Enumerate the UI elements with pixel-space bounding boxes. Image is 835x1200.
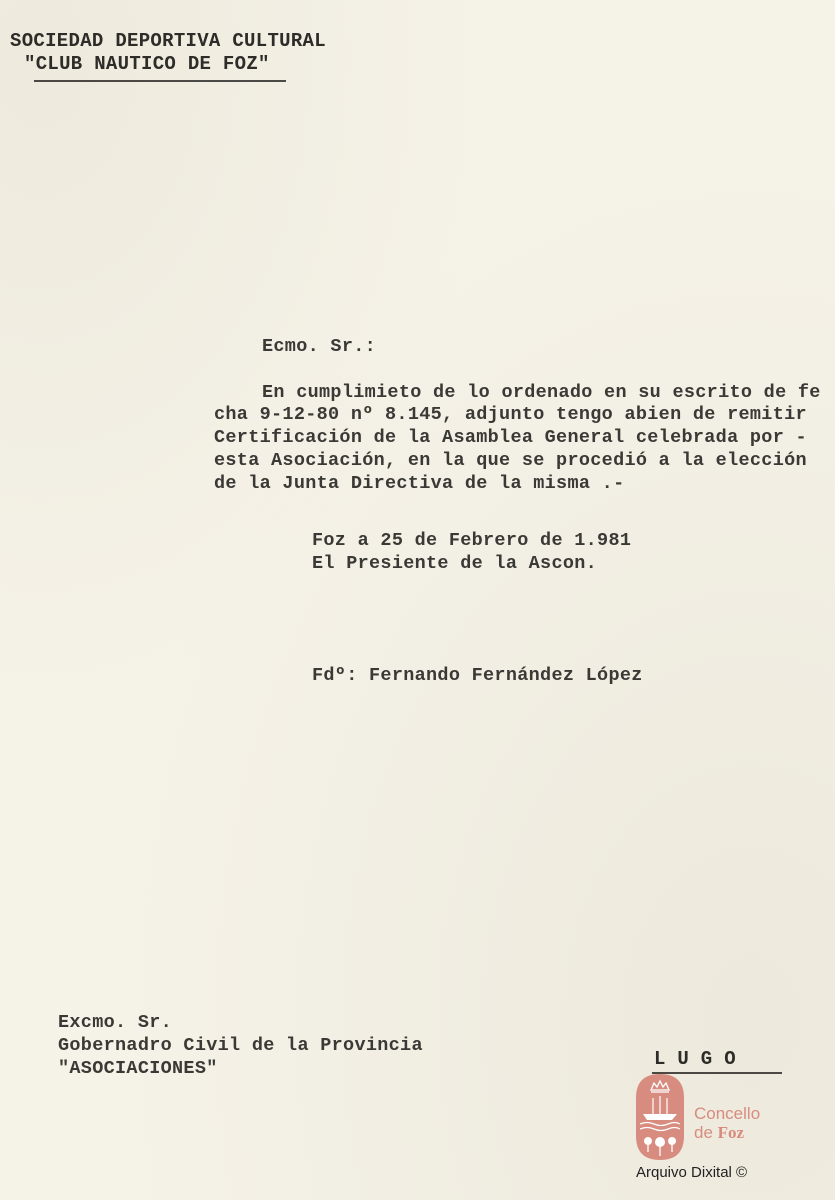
recipient-line-2: Gobernadro Civil de la Provincia xyxy=(58,1035,423,1056)
concello-foz-crest-icon xyxy=(634,1072,686,1162)
recipient-line-3: "ASOCIACIONES" xyxy=(58,1058,218,1079)
letterhead-underline xyxy=(34,80,286,82)
recipient-line-1: Excmo. Sr. xyxy=(58,1012,172,1033)
letterhead-line-1: SOCIEDAD DEPORTIVA CULTURAL xyxy=(10,30,326,52)
closing-place-date: Foz a 25 de Febrero de 1.981 xyxy=(312,530,631,551)
signature: Fdº: Fernando Fernández López xyxy=(312,665,643,686)
body-line-3: Certificación de la Asamblea General cel… xyxy=(214,427,807,448)
archive-label: Arquivo Dixital © xyxy=(636,1164,747,1181)
closing-role: El Presiente de la Ascon. xyxy=(312,553,597,574)
salutation: Ecmo. Sr.: xyxy=(262,336,376,357)
body-line-5: de la Junta Directiva de la misma .- xyxy=(214,473,624,494)
watermark-name-line-2: de Foz xyxy=(694,1123,744,1143)
body-line-1: En cumplimieto de lo ordenado en su escr… xyxy=(262,382,821,403)
watermark-foz: Foz xyxy=(718,1123,744,1142)
recipient-city: L U G O xyxy=(654,1048,736,1070)
watermark-name-line-1: Concello xyxy=(694,1104,760,1124)
watermark-prefix: de xyxy=(694,1123,718,1142)
body-line-4: esta Asociación, en la que se procedió a… xyxy=(214,450,807,471)
letterhead-line-2: "CLUB NAUTICO DE FOZ" xyxy=(24,53,270,75)
body-line-2: cha 9-12-80 nº 8.145, adjunto tengo abie… xyxy=(214,404,807,425)
